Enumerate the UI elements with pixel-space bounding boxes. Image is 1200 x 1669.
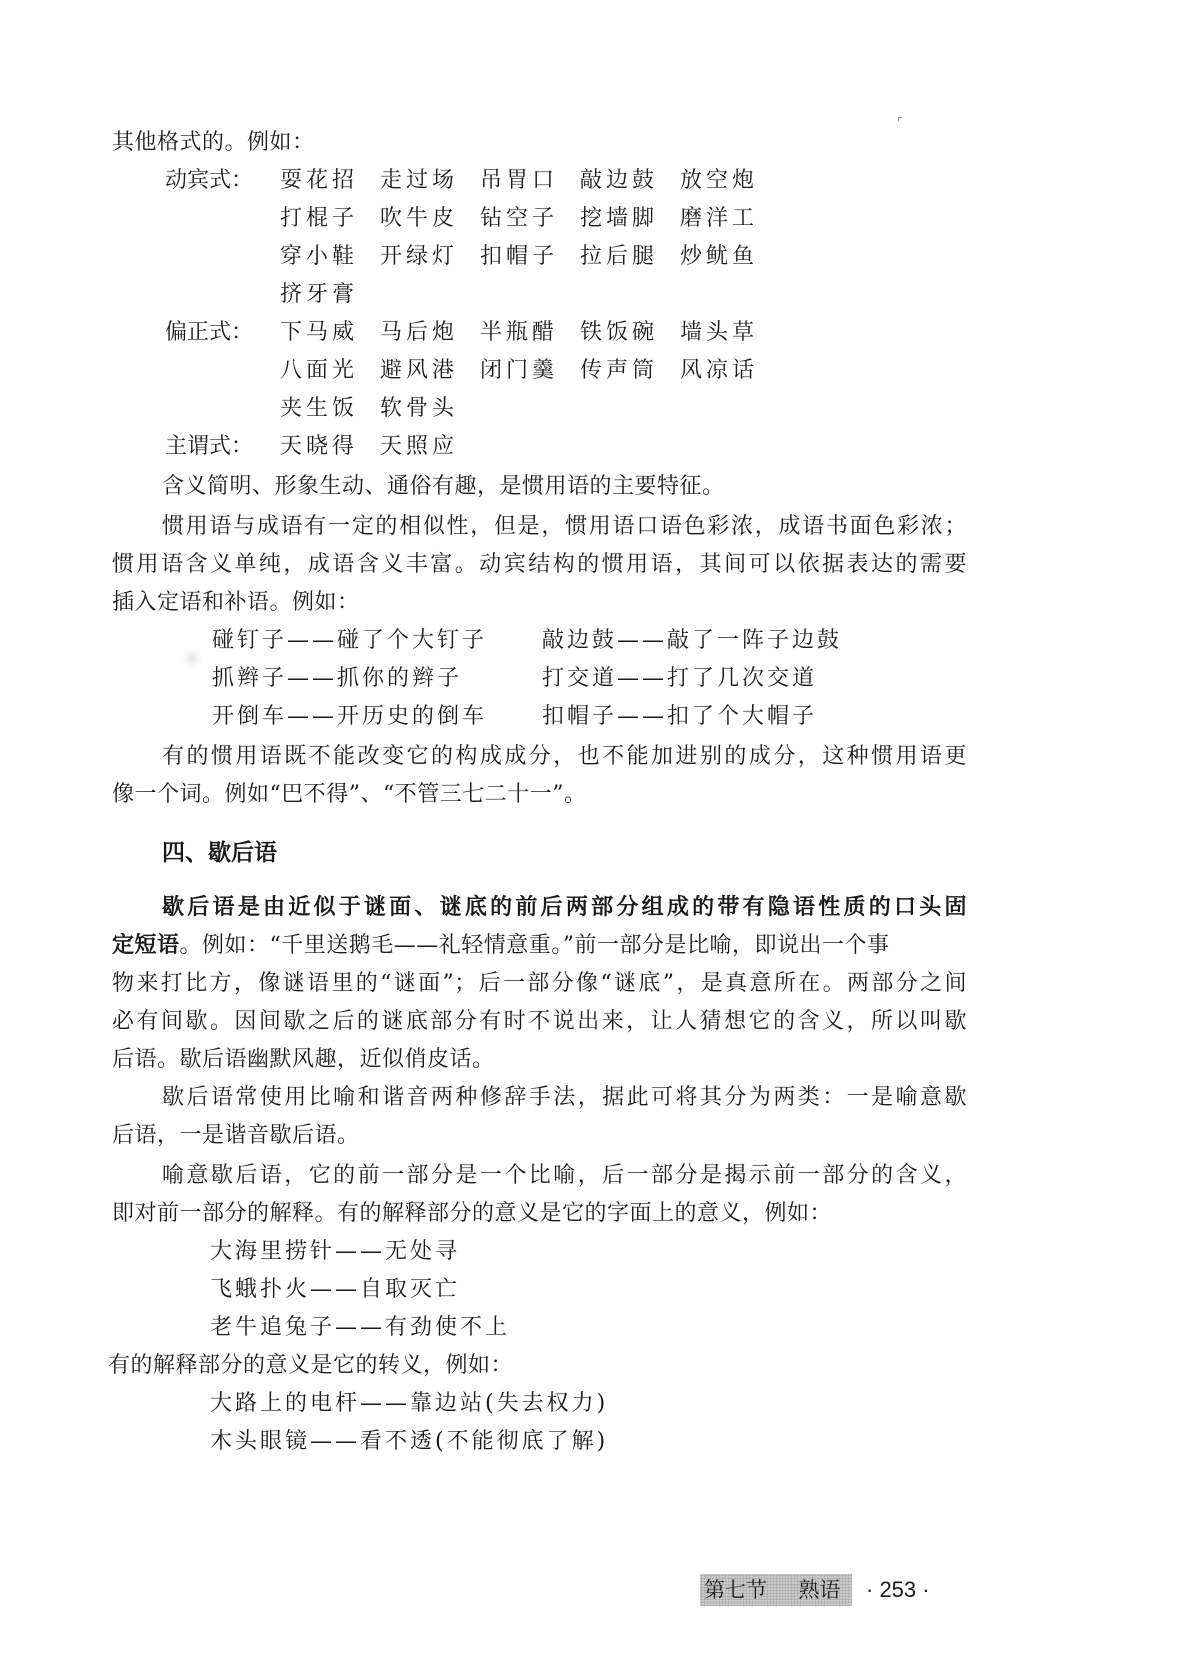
example-word: 风凉话 [680,356,758,386]
literal-example: 飞蛾扑火——自取灭亡 [210,1275,460,1305]
paragraph-fixed-idiom-line: 像一个词。例如“巴不得”、“不管三七二十一”。 [112,780,587,810]
metaphor-line: 喻意歇后语，它的前一部分是一个比喻，后一部分是揭示前一部分的含义， [162,1161,967,1191]
example-word: 磨洋工 [680,204,758,234]
running-footer-chapter: 第七节 熟语 [700,1574,852,1606]
figurative-example: 木头眼镜——看不透(不能彻底了解) [210,1427,608,1457]
footer-title: 熟语 [798,1574,840,1606]
example-word: 敲边鼓 [580,166,658,196]
example-word: 炒鱿鱼 [680,242,758,272]
example-word: 打棍子 [280,204,358,234]
paragraph-features: 含义简明、形象生动、通俗有趣，是惯用语的主要特征。 [162,472,725,502]
paragraph-fixed-idiom-line: 有的惯用语既不能改变它的构成成分，也不能加进别的成分，这种惯用语更 [162,742,967,772]
category-label-zhuwei: 主谓式： [165,432,253,462]
intro-line: 其他格式的。例如： [112,128,315,158]
metaphor-line: 即对前一部分的解释。有的解释部分的意义是它的字面上的意义，例如： [112,1199,832,1229]
example-word: 钻空子 [480,204,558,234]
definition-line-bold: 歇后语是由近似于谜面、谜底的前后两部分组成的带有隐语性质的口头固 [162,893,967,923]
literal-example: 大海里捞针——无处寻 [210,1237,460,1267]
literal-example: 老牛追兔子——有劲使不上 [210,1313,510,1343]
example-word: 八面光 [280,356,358,386]
definition-line: 定短语。例如：“千里送鹅毛——礼轻情意重。”前一部分是比喻，即说出一个事 [112,931,890,961]
insertion-example: 开倒车——开历史的倒车 [212,702,487,732]
figurative-example: 大路上的电杆——靠边站(失去权力) [210,1389,608,1419]
example-word: 传声筒 [580,356,658,386]
insertion-example: 抓辫子——抓你的辫子 [212,664,462,694]
insertion-example: 敲边鼓——敲了一阵子边鼓 [542,626,842,656]
example-word: 闭门羹 [480,356,558,386]
insertion-example: 扣帽子——扣了个大帽子 [542,702,817,732]
example-word: 天照应 [380,432,458,462]
example-word: 半瓶醋 [480,318,558,348]
example-word: 铁饭碗 [580,318,658,348]
figurative-intro: 有的解释部分的意义是它的转义，例如： [108,1351,513,1381]
definition-rest: 。例如：“千里送鹅毛——礼轻情意重。”前一部分是比喻，即说出一个事 [180,933,890,958]
example-word: 夹生饭 [280,394,358,424]
definition-term-bold: 定短语 [112,933,180,958]
example-word: 马后炮 [380,318,458,348]
example-word: 避风港 [380,356,458,386]
paragraph-comparison-line: 惯用语与成语有一定的相似性，但是，惯用语口语色彩浓，成语书面色彩浓； [162,512,967,542]
definition-line: 必有间歇。因间歇之后的谜底部分有时不说出来，让人猜想它的含义，所以叫歇 [112,1007,967,1037]
section-heading: 四、歇后语 [162,838,277,868]
scan-speck [898,117,902,121]
example-word: 开绿灯 [380,242,458,272]
example-word: 下马威 [280,318,358,348]
example-word: 天晓得 [280,432,358,462]
example-word: 吹牛皮 [380,204,458,234]
example-word: 软骨头 [380,394,458,424]
example-word: 放空炮 [680,166,758,196]
category-label-pianzheng: 偏正式： [165,318,253,348]
example-word: 穿小鞋 [280,242,358,272]
example-word: 拉后腿 [580,242,658,272]
footer-section: 第七节 [704,1574,767,1606]
page-number: · 253 · [866,1574,930,1606]
types-line: 后语，一是谐音歇后语。 [112,1121,360,1151]
example-word: 墙头草 [680,318,758,348]
scan-smudge [182,648,202,668]
paragraph-comparison-line: 插入定语和补语。例如： [112,588,360,618]
category-label-dongbin: 动宾式： [165,166,253,196]
example-word: 吊胃口 [480,166,558,196]
example-word: 挤牙膏 [280,280,358,310]
example-word: 扣帽子 [480,242,558,272]
paragraph-comparison-line: 惯用语含义单纯，成语含义丰富。动宾结构的惯用语，其间可以依据表达的需要 [112,550,967,580]
example-word: 走过场 [380,166,458,196]
book-page: 其他格式的。例如： 动宾式： 耍花招 走过场 吊胃口 敲边鼓 放空炮 打棍子 吹… [0,0,1200,1669]
insertion-example: 打交道——打了几次交道 [542,664,817,694]
insertion-example: 碰钉子——碰了个大钉子 [212,626,487,656]
definition-line: 后语。歇后语幽默风趣，近似俏皮话。 [112,1045,495,1075]
types-line: 歇后语常使用比喻和谐音两种修辞手法，据此可将其分为两类：一是喻意歇 [162,1083,967,1113]
example-word: 挖墙脚 [580,204,658,234]
example-word: 耍花招 [280,166,358,196]
definition-line: 物来打比方，像谜语里的“谜面”；后一部分像“谜底”，是真意所在。两部分之间 [112,969,967,999]
